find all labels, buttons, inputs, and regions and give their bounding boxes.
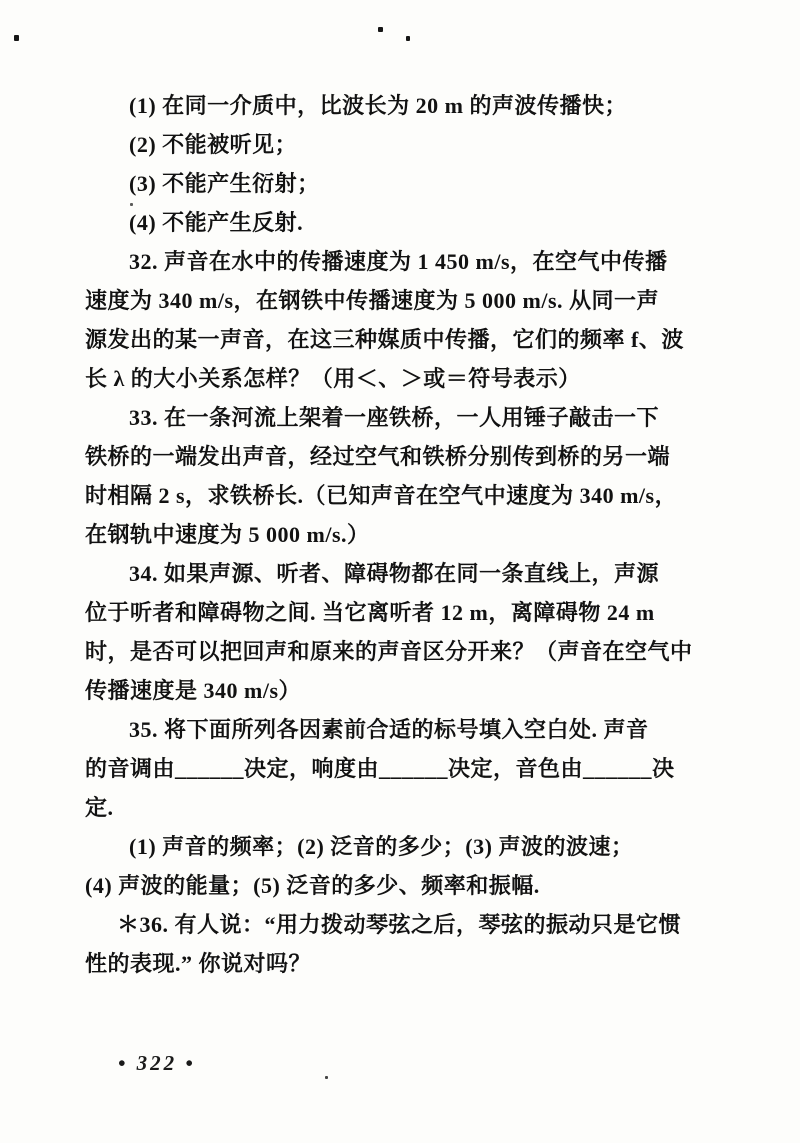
text-line-problem-32-cont: 长 λ 的大小关系怎样？（用＜、＞或＝符号表示）: [85, 359, 727, 398]
text-line-problem-32: 32. 声音在水中的传播速度为 1 450 m/s，在空气中传播: [85, 242, 727, 281]
text-line-problem-33-cont: 铁桥的一端发出声音，经过空气和铁桥分别传到桥的另一端: [85, 437, 727, 476]
text-line-problem-36: ＊36. 有人说：“用力拨动琴弦之后，琴弦的振动只是它惯: [85, 905, 727, 944]
text-line-problem-33-cont: 在钢轨中速度为 5 000 m/s.）: [85, 515, 727, 554]
text-line-problem-33: 33. 在一条河流上架着一座铁桥，一人用锤子敲击一下: [85, 398, 727, 437]
page-number: • 322 •: [118, 1051, 196, 1076]
text-line-problem-33-cont: 时相隔 2 s，求铁桥长.（已知声音在空气中速度为 340 m/s，: [85, 476, 727, 515]
scan-speck: [325, 1076, 328, 1079]
text-line-option-3: (3) 不能产生衍射；: [85, 164, 727, 203]
text-line-problem-35-cont: 定.: [85, 788, 727, 827]
text-line-choices-2: (4) 声波的能量；(5) 泛音的多少、频率和振幅.: [85, 866, 727, 905]
scan-speck: [14, 35, 19, 41]
text-line-problem-34-cont: 位于听者和障碍物之间. 当它离听者 12 m，离障碍物 24 m: [85, 593, 727, 632]
text-line-choices-1: (1) 声音的频率；(2) 泛音的多少；(3) 声波的波速；: [85, 827, 727, 866]
text-line-problem-34-cont: 传播速度是 340 m/s）: [85, 671, 727, 710]
text-line-option-2: (2) 不能被听见；: [85, 125, 727, 164]
text-line-problem-34: 34. 如果声源、听者、障碍物都在同一条直线上，声源: [85, 554, 727, 593]
text-line-problem-35: 35. 将下面所列各因素前合适的标号填入空白处. 声音: [85, 710, 727, 749]
text-line-option-4: (4) 不能产生反射.: [85, 203, 727, 242]
text-line-option-1: (1) 在同一介质中，比波长为 20 m 的声波传播快；: [85, 86, 727, 125]
problem-text-block: (1) 在同一介质中，比波长为 20 m 的声波传播快； (2) 不能被听见； …: [85, 86, 727, 983]
scanned-textbook-page: (1) 在同一介质中，比波长为 20 m 的声波传播快； (2) 不能被听见； …: [0, 0, 800, 1143]
scan-speck: [378, 27, 383, 32]
text-line-problem-35-blanks: 的音调由______决定，响度由______决定，音色由______决: [85, 749, 727, 788]
text-line-problem-36-cont: 性的表现.” 你说对吗？: [85, 944, 727, 983]
scan-speck: [406, 36, 410, 41]
text-line-problem-32-cont: 源发出的某一声音，在这三种媒质中传播，它们的频率 f、波: [85, 320, 727, 359]
text-line-problem-34-cont: 时，是否可以把回声和原来的声音区分开来？（声音在空气中: [85, 632, 727, 671]
text-line-problem-32-cont: 速度为 340 m/s，在钢铁中传播速度为 5 000 m/s. 从同一声: [85, 281, 727, 320]
